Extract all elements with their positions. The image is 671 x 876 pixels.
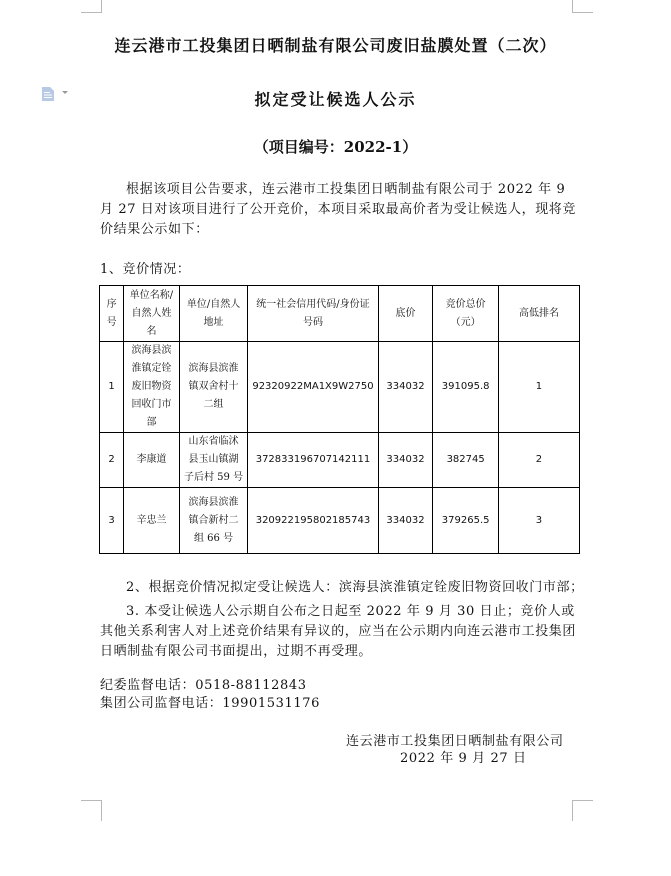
cell-name: 辛忠兰 xyxy=(124,488,180,554)
page-corner-mark-top-left xyxy=(81,0,102,13)
intro-paragraph: 根据该项目公告要求，连云港市工投集团日晒制盐有限公司于 2022 年 9 月 2… xyxy=(100,180,578,240)
cell-code: 372833196707142111 xyxy=(248,433,378,488)
cell-code: 320922195802185743 xyxy=(248,488,378,554)
cell-bid-total: 379265.5 xyxy=(433,488,499,554)
page-corner-mark-bottom-right xyxy=(572,800,593,821)
header-code: 统一社会信用代码/身份证号码 xyxy=(248,286,378,342)
cell-address: 滨海县滨淮镇双舍村十二组 xyxy=(179,342,248,433)
section-1-heading: 1、竞价情况： xyxy=(100,260,578,280)
cell-address: 山东省临沭县玉山镇湖子后村 59 号 xyxy=(179,433,248,488)
cell-address: 滨海县滨淮镇合新村二组 66 号 xyxy=(179,488,248,554)
header-name: 单位名称/自然人姓名 xyxy=(124,286,180,342)
cell-no: 2 xyxy=(100,433,124,488)
cell-code: 92320922MA1X9W2750 xyxy=(248,342,378,433)
bid-results-table: 序号 单位名称/自然人姓名 单位/自然人地址 统一社会信用代码/身份证号码 底价… xyxy=(99,285,580,554)
cell-rank: 3 xyxy=(498,488,579,554)
section-2-paragraph: 2、根据竞价情况拟定受让候选人：滨海县滨淮镇定铨废旧物资回收门市部； xyxy=(100,578,620,598)
document-subtitle: 拟定受让候选人公示 xyxy=(0,87,671,110)
cell-name: 李康道 xyxy=(124,433,180,488)
table-header-row: 序号 单位名称/自然人姓名 单位/自然人地址 统一社会信用代码/身份证号码 底价… xyxy=(100,286,580,342)
table-row: 3 辛忠兰 滨海县滨淮镇合新村二组 66 号 32092219580218574… xyxy=(100,488,580,554)
header-bid-total: 竞价总价（元） xyxy=(433,286,499,342)
cell-base-price: 334032 xyxy=(378,488,433,554)
header-no: 序号 xyxy=(100,286,124,342)
table-row: 2 李康道 山东省临沭县玉山镇湖子后村 59 号 372833196707142… xyxy=(100,433,580,488)
cell-base-price: 334032 xyxy=(378,342,433,433)
discipline-hotline: 纪委监督电话：0518-88112843 xyxy=(100,676,578,696)
project-number: （项目编号：2022-1） xyxy=(0,136,671,157)
page-corner-mark-top-right xyxy=(572,0,593,13)
cell-bid-total: 391095.8 xyxy=(433,342,499,433)
cell-rank: 1 xyxy=(498,342,579,433)
cell-bid-total: 382745 xyxy=(433,433,499,488)
cell-rank: 2 xyxy=(498,433,579,488)
section-3-paragraph: 3. 本受让候选人公示期自公布之日起至 2022 年 9 月 30 日止；竞价人… xyxy=(100,602,578,662)
page-corner-mark-bottom-left xyxy=(81,800,102,821)
document-title: 连云港市工投集团日晒制盐有限公司废旧盐膜处置（二次） xyxy=(0,33,671,56)
group-hotline: 集团公司监督电话：19901531176 xyxy=(100,694,578,714)
cell-name: 滨海县滨淮镇定铨废旧物资回收门市部 xyxy=(124,342,180,433)
table-row: 1 滨海县滨淮镇定铨废旧物资回收门市部 滨海县滨淮镇双舍村十二组 9232092… xyxy=(100,342,580,433)
cell-base-price: 334032 xyxy=(378,433,433,488)
cell-no: 1 xyxy=(100,342,124,433)
header-address: 单位/自然人地址 xyxy=(179,286,248,342)
cell-no: 3 xyxy=(100,488,124,554)
header-base-price: 底价 xyxy=(378,286,433,342)
header-rank: 高低排名 xyxy=(498,286,579,342)
signature-date: 2022 年 9 月 27 日 xyxy=(400,747,527,766)
